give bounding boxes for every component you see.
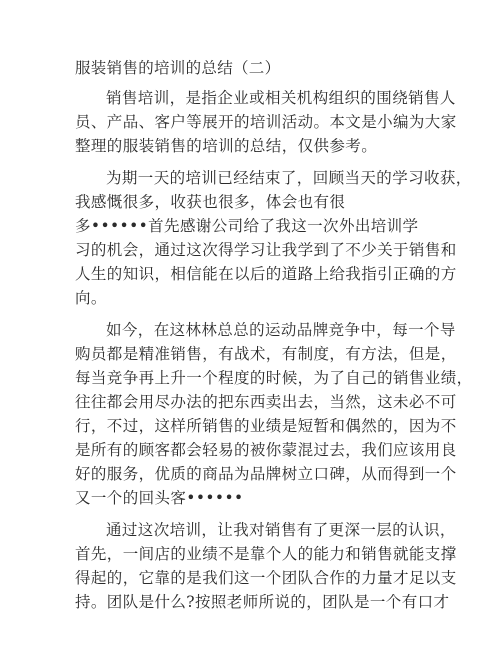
text-line: 向。 xyxy=(75,286,437,310)
paragraph-intro: 销售培训，是指企业或相关机构组织的围绕销售人 员、产品、客户等展开的培训活动。本… xyxy=(75,86,437,158)
paragraph-teamwork: 通过这次培训，让我对销售有了更深一层的认识， 首先，一间店的业绩不是靠个人的能力… xyxy=(75,518,437,614)
text-line: 多••••••首先感谢公司给了我这一次外出培训学 xyxy=(75,214,437,238)
text-line: 持。团队是什么?按照老师所说的，团队是一个有口才 xyxy=(75,590,437,614)
text-line: 首先，一间店的业绩不是靠个人的能力和销售就能支撑 xyxy=(75,542,437,566)
text-line: 整理的服装销售的培训的总结，仅供参考。 xyxy=(75,134,437,158)
text-line: 往往都会用尽办法的把东西卖出去，当然，这未必不可 xyxy=(75,390,437,414)
text-line: 是所有的顾客都会轻易的被你蒙混过去，我们应该用良 xyxy=(75,438,437,462)
paragraph-competition: 如今，在这林林总总的运动品牌竞争中，每一个导 购员都是精准销售，有战术，有制度，… xyxy=(75,318,437,510)
text-line: 又一个的回头客•••••• xyxy=(75,486,437,510)
paragraph-training-reflection: 为期一天的培训已经结束了，回顾当天的学习收获， 我感慨很多，收获也很多，体会也有… xyxy=(75,166,437,310)
text-line: 员、产品、客户等展开的培训活动。本文是小编为大家 xyxy=(75,110,437,134)
text-line: 如今，在这林林总总的运动品牌竞争中，每一个导 xyxy=(75,318,437,342)
document-page: 服装销售的培训的总结（二） 销售培训，是指企业或相关机构组织的围绕销售人 员、产… xyxy=(75,57,437,622)
text-line: 好的服务，优质的商品为品牌树立口碑，从而得到一个 xyxy=(75,462,437,486)
text-line: 销售培训，是指企业或相关机构组织的围绕销售人 xyxy=(75,86,437,110)
text-line: 人生的知识，相信能在以后的道路上给我指引正确的方 xyxy=(75,262,437,286)
document-title: 服装销售的培训的总结（二） xyxy=(75,57,437,79)
text-line: 习的机会，通过这次得学习让我学到了不少关于销售和 xyxy=(75,238,437,262)
text-line: 得起的，它靠的是我们这一个团队合作的力量才足以支 xyxy=(75,566,437,590)
text-line: 我感慨很多，收获也很多，体会也有很 xyxy=(75,190,437,214)
text-line: 行，不过，这样所销售的业绩是短暂和偶然的，因为不 xyxy=(75,414,437,438)
text-line: 购员都是精准销售，有战术，有制度，有方法，但是， xyxy=(75,342,437,366)
text-line: 为期一天的培训已经结束了，回顾当天的学习收获， xyxy=(75,166,437,190)
text-line: 通过这次培训，让我对销售有了更深一层的认识， xyxy=(75,518,437,542)
text-line: 每当竞争再上升一个程度的时候，为了自己的销售业绩， xyxy=(75,366,437,390)
